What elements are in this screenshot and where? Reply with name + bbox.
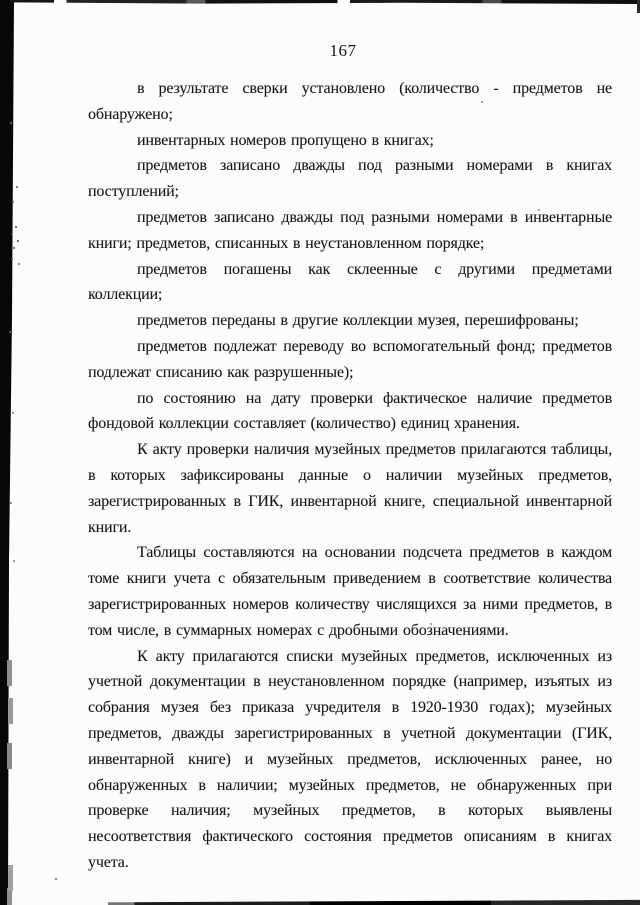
paragraph: предметов записано дважды под разными но… bbox=[88, 205, 612, 257]
paragraph: в результате сверки установлено (количес… bbox=[88, 76, 612, 128]
scan-edge-gray-patches bbox=[7, 660, 12, 686]
paragraph: К акту проверки наличия музейных предмет… bbox=[88, 437, 612, 540]
paragraph: предметов записано дважды под разными но… bbox=[88, 153, 612, 205]
paragraph: по состоянию на дату проверки фактическо… bbox=[88, 386, 612, 438]
scan-edge-left bbox=[0, 0, 14, 905]
page-number: 167 bbox=[76, 41, 610, 61]
document-body: в результате сверки установлено (количес… bbox=[88, 76, 612, 876]
paragraph: Таблицы составляются на основании подсче… bbox=[88, 540, 612, 643]
paragraph: инвентарных номеров пропущено в книгах; bbox=[88, 128, 612, 154]
paragraph: предметов погашены как склеенные с други… bbox=[88, 257, 612, 309]
paragraph: предметов подлежат переводу во вспомогат… bbox=[88, 334, 612, 386]
scan-edge-top bbox=[10, 0, 640, 4]
paragraph: предметов переданы в другие коллекции му… bbox=[88, 308, 612, 334]
scan-specks bbox=[0, 0, 2, 2]
scanned-document-page: 167 в результате сверки установлено (кол… bbox=[0, 0, 640, 905]
scan-edge-bottom bbox=[108, 899, 640, 905]
paragraph: К акту прилагаются списки музейных предм… bbox=[88, 644, 612, 876]
